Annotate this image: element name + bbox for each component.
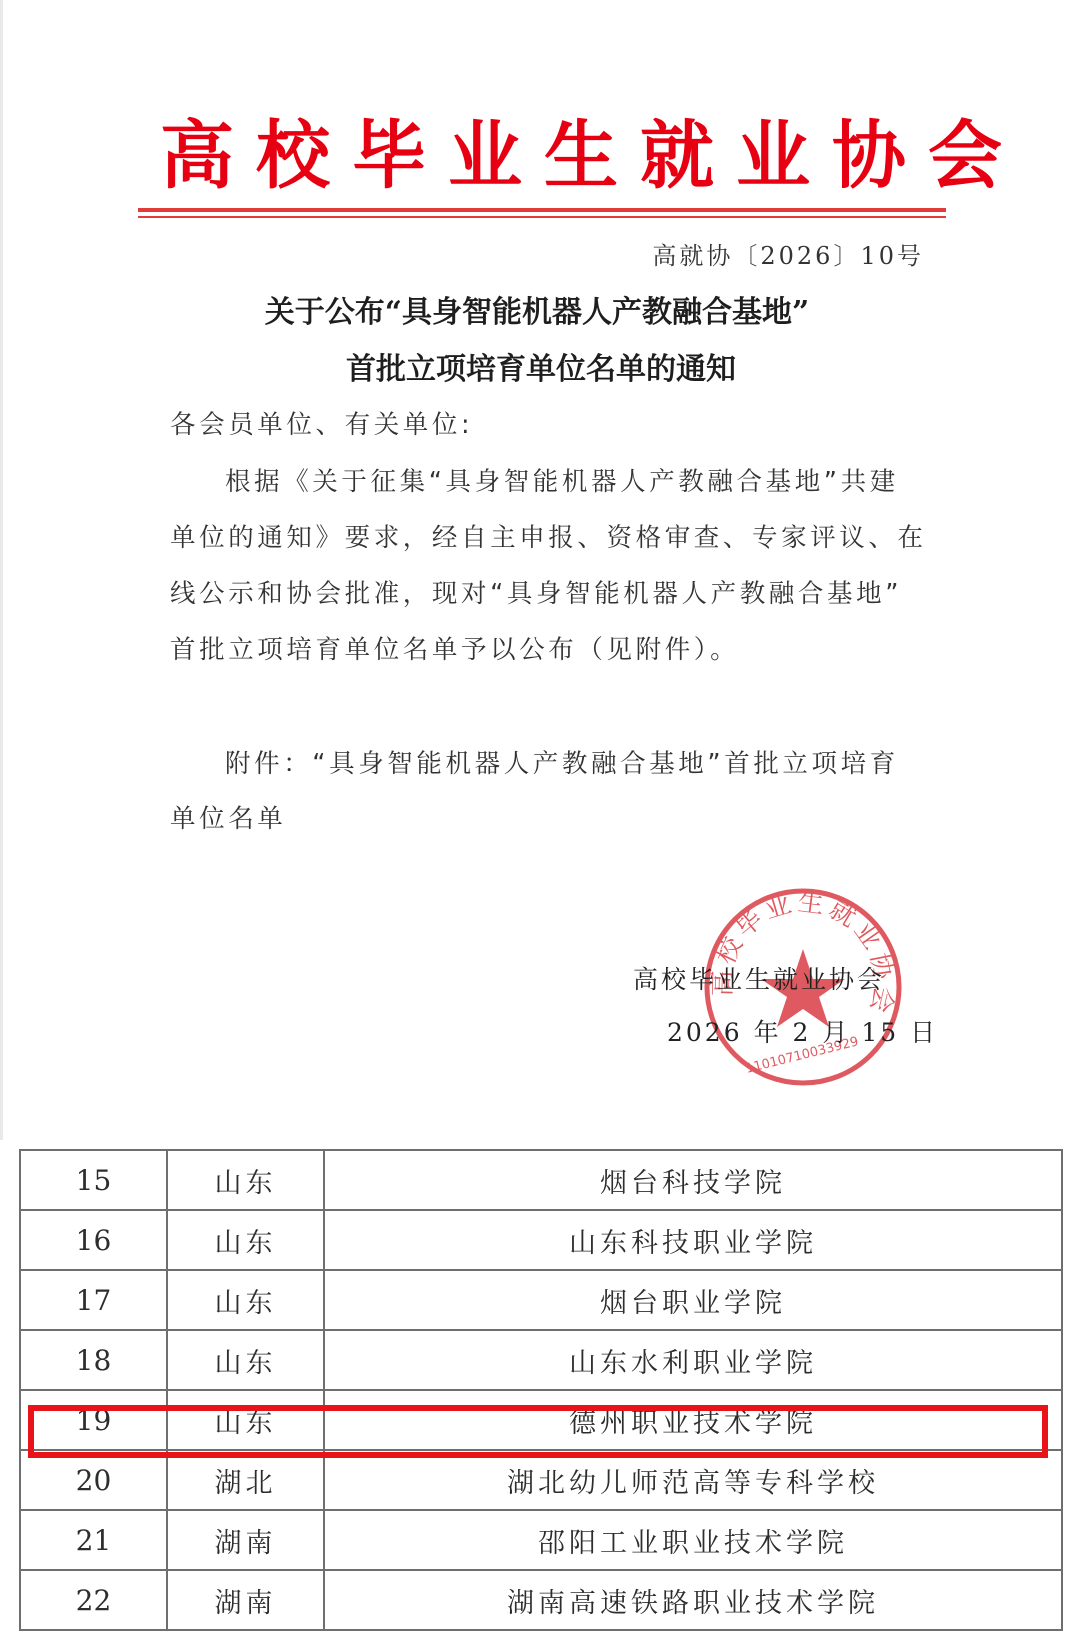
body-line-4: 首批立项培育单位名单予以公布（见附件）。 [170, 630, 739, 666]
row-number: 22 [20, 1570, 167, 1630]
row-institution: 山东科技职业学院 [324, 1210, 1062, 1270]
body-line-1: 根据《关于征集“具身智能机器人产教融合基地”共建 [225, 462, 899, 498]
table-row: 15 山东 烟台科技学院 [20, 1150, 1062, 1210]
row-number: 16 [20, 1210, 167, 1270]
table-row: 17 山东 烟台职业学院 [20, 1270, 1062, 1330]
table-row: 22 湖南 湖南高速铁路职业技术学院 [20, 1570, 1062, 1630]
notice-page: 高校毕业生就业协会 高就协〔2026〕10号 关于公布“具身智能机器人产教融合基… [0, 0, 1080, 1140]
table-row: 21 湖南 邵阳工业职业技术学院 [20, 1510, 1062, 1570]
row-province: 湖北 [167, 1450, 324, 1510]
row-number: 15 [20, 1150, 167, 1210]
salutation: 各会员单位、有关单位: [170, 405, 473, 441]
attachment-line-1: 附件：“具身智能机器人产教融合基地”首批立项培育 [225, 744, 899, 780]
row-province: 山东 [167, 1330, 324, 1390]
letterhead-title: 高校毕业生就业协会 [138, 108, 946, 204]
row-province: 山东 [167, 1270, 324, 1330]
row-province: 湖南 [167, 1570, 324, 1630]
body-line-3: 线公示和协会批准，现对“具身智能机器人产教融合基地” [170, 574, 902, 610]
table-row: 18 山东 山东水利职业学院 [20, 1330, 1062, 1390]
notice-title-line-1: 关于公布“具身智能机器人产教融合基地” [0, 287, 1077, 331]
letterhead-rule-thick [138, 208, 946, 212]
row-institution: 湖南高速铁路职业技术学院 [324, 1570, 1062, 1630]
signature-org: 高校毕业生就业协会 [633, 960, 885, 996]
highlight-box [28, 1405, 1048, 1458]
row-number: 18 [20, 1330, 167, 1390]
row-institution: 烟台科技学院 [324, 1150, 1062, 1210]
row-number: 21 [20, 1510, 167, 1570]
row-institution: 烟台职业学院 [324, 1270, 1062, 1330]
signature-date: 2026 年 2 月 15 日 [667, 1013, 938, 1049]
body-line-2: 单位的通知》要求，经自主申报、资格审查、专家评议、在 [170, 518, 927, 554]
row-institution: 湖北幼儿师范高等专科学校 [324, 1450, 1062, 1510]
attachment-table: 15 山东 烟台科技学院 16 山东 山东科技职业学院 17 山东 烟台职业学院… [19, 1149, 1061, 1631]
notice-title-line-2: 首批立项培育单位名单的通知 [1, 344, 1080, 388]
table-row: 16 山东 山东科技职业学院 [20, 1210, 1062, 1270]
document-number: 高就协〔2026〕10号 [652, 236, 924, 271]
letterhead-rule-thin [138, 216, 946, 218]
row-institution: 邵阳工业职业技术学院 [324, 1510, 1062, 1570]
row-institution: 山东水利职业学院 [324, 1330, 1062, 1390]
row-province: 湖南 [167, 1510, 324, 1570]
table-row: 20 湖北 湖北幼儿师范高等专科学校 [20, 1450, 1062, 1510]
row-number: 20 [20, 1450, 167, 1510]
row-province: 山东 [167, 1150, 324, 1210]
attachment-line-2: 单位名单 [170, 799, 286, 835]
row-province: 山东 [167, 1210, 324, 1270]
row-number: 17 [20, 1270, 167, 1330]
